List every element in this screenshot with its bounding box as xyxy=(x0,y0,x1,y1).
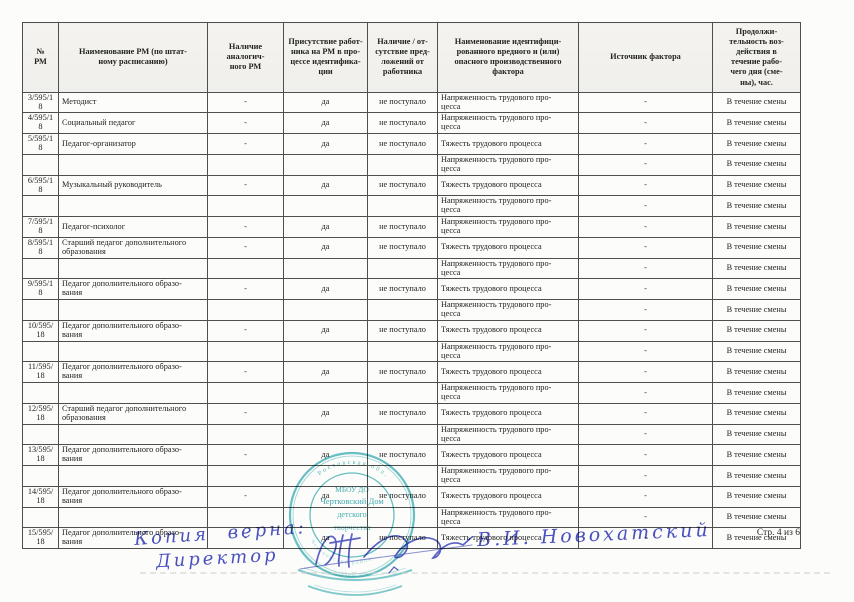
cell: не поступало xyxy=(368,362,438,383)
cell: - xyxy=(579,403,713,424)
cell: Старший педагог дополнительного образова… xyxy=(59,237,208,258)
cell: В течение смены xyxy=(713,196,801,217)
cell: В течение смены xyxy=(713,113,801,134)
cell xyxy=(208,154,284,175)
cell: Тяжесть трудового процесса xyxy=(438,445,579,466)
cell: - xyxy=(579,154,713,175)
cell: - xyxy=(579,134,713,155)
cell: Педагог дополнительного образо- вания xyxy=(59,362,208,383)
cell: В течение смены xyxy=(713,362,801,383)
cell: 11/595/ 18 xyxy=(23,362,59,383)
cell: 4/595/1 8 xyxy=(23,113,59,134)
cell: - xyxy=(579,237,713,258)
stamp-line-2: Чертковский Дом xyxy=(320,496,384,506)
cell: - xyxy=(579,362,713,383)
cell: - xyxy=(208,92,284,113)
cell: - xyxy=(208,134,284,155)
cell: - xyxy=(579,424,713,445)
cell: да xyxy=(284,279,368,300)
cell: Тяжесть трудового процесса xyxy=(438,403,579,424)
cell: да xyxy=(284,237,368,258)
cell: не поступало xyxy=(368,113,438,134)
cell: Тяжесть трудового процесса xyxy=(438,175,579,196)
header-row: № РМНаименование РМ (по штат- ному распи… xyxy=(23,23,801,93)
cell: - xyxy=(208,175,284,196)
cell xyxy=(368,300,438,321)
cell xyxy=(284,424,368,445)
cell: В течение смены xyxy=(713,383,801,404)
cell xyxy=(208,300,284,321)
cell: Напряженность трудового про- цесса xyxy=(438,92,579,113)
cell xyxy=(368,258,438,279)
cell: - xyxy=(579,279,713,300)
page-number: Стр. 4 из 6 xyxy=(757,528,800,538)
cell: - xyxy=(579,466,713,487)
cell xyxy=(208,341,284,362)
cell xyxy=(284,300,368,321)
scan-artifact-line xyxy=(140,572,830,574)
cell xyxy=(23,300,59,321)
cell: - xyxy=(579,175,713,196)
cell xyxy=(208,383,284,404)
svg-text:Ростовская обл.: Ростовская обл. xyxy=(316,459,390,479)
cell: - xyxy=(208,217,284,238)
table-row: Напряженность трудового про- цесса-В теч… xyxy=(23,300,801,321)
cell: Тяжесть трудового процесса xyxy=(438,320,579,341)
cell: Социальный педагог xyxy=(59,113,208,134)
table-row: 6/595/1 8Музыкальный руководитель-дане п… xyxy=(23,175,801,196)
cell: - xyxy=(579,383,713,404)
cell xyxy=(208,258,284,279)
cell: Напряженность трудового про- цесса xyxy=(438,300,579,321)
cell: 3/595/1 8 xyxy=(23,92,59,113)
stamp-line-3: детского xyxy=(337,510,366,519)
cell: - xyxy=(208,403,284,424)
table-row: Напряженность трудового про- цесса-В теч… xyxy=(23,424,801,445)
cell: не поступало xyxy=(368,237,438,258)
cell xyxy=(368,154,438,175)
cell: В течение смены xyxy=(713,403,801,424)
cell xyxy=(284,383,368,404)
cell xyxy=(368,341,438,362)
cell xyxy=(23,154,59,175)
cell: Педагог-психолог xyxy=(59,217,208,238)
cell xyxy=(368,383,438,404)
cell: Тяжесть трудового процесса xyxy=(438,134,579,155)
cell: В течение смены xyxy=(713,134,801,155)
stamp-line-1: МБОУ ДО xyxy=(335,485,369,494)
cell xyxy=(284,258,368,279)
table-row: Напряженность трудового про- цесса-В теч… xyxy=(23,341,801,362)
table-row: 9/595/1 8Педагог дополнительного образо-… xyxy=(23,279,801,300)
table-row: Напряженность трудового про- цесса-В теч… xyxy=(23,383,801,404)
stamp-ring-text: Ростовская обл. xyxy=(316,459,390,479)
cell: Напряженность трудового про- цесса xyxy=(438,424,579,445)
cell: - xyxy=(208,445,284,466)
cell: да xyxy=(284,175,368,196)
cell: - xyxy=(579,196,713,217)
cell xyxy=(59,383,208,404)
cell: В течение смены xyxy=(713,217,801,238)
table-row: 4/595/1 8Социальный педагог-дане поступа… xyxy=(23,113,801,134)
cell: Напряженность трудового про- цесса xyxy=(438,341,579,362)
cell: - xyxy=(579,217,713,238)
cell: 6/595/1 8 xyxy=(23,175,59,196)
column-header-5: Наименование идентифици- рованного вредн… xyxy=(438,23,579,93)
cell: В течение смены xyxy=(713,300,801,321)
cell xyxy=(23,258,59,279)
cell: да xyxy=(284,92,368,113)
cell: - xyxy=(579,486,713,507)
cell: - xyxy=(208,486,284,507)
partial-stamp-impression: творч. отд. xyxy=(290,560,420,602)
cell: В течение смены xyxy=(713,424,801,445)
cell xyxy=(284,341,368,362)
cell: Педагог дополнительного образо- вания xyxy=(59,279,208,300)
column-header-6: Источник фактора xyxy=(579,23,713,93)
cell: - xyxy=(208,113,284,134)
cell xyxy=(59,196,208,217)
table-row: 5/595/1 8Педагог-организатор-дане поступ… xyxy=(23,134,801,155)
cell: - xyxy=(208,279,284,300)
cell: В течение смены xyxy=(713,320,801,341)
table-header: № РМНаименование РМ (по штат- ному распи… xyxy=(23,23,801,93)
column-header-4: Наличие / от- сутствие пред- ложений от … xyxy=(368,23,438,93)
cell: да xyxy=(284,362,368,383)
cell: В течение смены xyxy=(713,258,801,279)
cell: не поступало xyxy=(368,320,438,341)
cell: Педагог дополнительного образо- вания xyxy=(59,445,208,466)
cell: - xyxy=(579,320,713,341)
cell xyxy=(59,424,208,445)
cell: да xyxy=(284,134,368,155)
cell: - xyxy=(579,258,713,279)
table-row: 3/595/1 8Методист-дане поступалоНапряжен… xyxy=(23,92,801,113)
cell xyxy=(284,196,368,217)
table-row: Напряженность трудового про- цесса-В теч… xyxy=(23,196,801,217)
cell: Тяжесть трудового процесса xyxy=(438,237,579,258)
cell: В течение смены xyxy=(713,154,801,175)
cell: - xyxy=(579,113,713,134)
cell: - xyxy=(579,300,713,321)
cell: 13/595/ 18 xyxy=(23,445,59,466)
cell: Напряженность трудового про- цесса xyxy=(438,113,579,134)
table-row: 12/595/ 18Старший педагог дополнительног… xyxy=(23,403,801,424)
cell: не поступало xyxy=(368,92,438,113)
cell: не поступало xyxy=(368,279,438,300)
cell xyxy=(59,154,208,175)
cell: 12/595/ 18 xyxy=(23,403,59,424)
cell: - xyxy=(579,445,713,466)
cell xyxy=(23,424,59,445)
cell xyxy=(368,424,438,445)
cell: Педагог-организатор xyxy=(59,134,208,155)
cell xyxy=(23,341,59,362)
cell: - xyxy=(208,237,284,258)
table-row: Напряженность трудового про- цесса-В теч… xyxy=(23,258,801,279)
cell: В течение смены xyxy=(713,237,801,258)
cell: В течение смены xyxy=(713,175,801,196)
cell xyxy=(59,258,208,279)
cell xyxy=(59,341,208,362)
column-header-1: Наименование РМ (по штат- ному расписани… xyxy=(59,23,208,93)
cell: 8/595/1 8 xyxy=(23,237,59,258)
cell: не поступало xyxy=(368,403,438,424)
cell xyxy=(59,300,208,321)
cell: Напряженность трудового про- цесса xyxy=(438,383,579,404)
cell: Напряженность трудового про- цесса xyxy=(438,258,579,279)
table-row: Напряженность трудового про- цесса-В теч… xyxy=(23,154,801,175)
cell xyxy=(23,196,59,217)
cell: 14/595/ 18 xyxy=(23,486,59,507)
column-header-3: Присутствие работ- ника на РМ в про- цес… xyxy=(284,23,368,93)
cell: В течение смены xyxy=(713,466,801,487)
cell: Тяжесть трудового процесса xyxy=(438,486,579,507)
cell xyxy=(23,507,59,528)
cell: Педагог дополнительного образо- вания xyxy=(59,320,208,341)
cell: Напряженность трудового про- цесса xyxy=(438,217,579,238)
cell: Старший педагог дополнительного образова… xyxy=(59,403,208,424)
cell: не поступало xyxy=(368,175,438,196)
table-row: 7/595/1 8Педагог-психолог-дане поступало… xyxy=(23,217,801,238)
cell: да xyxy=(284,217,368,238)
cell: не поступало xyxy=(368,217,438,238)
cell xyxy=(23,466,59,487)
cell: Тяжесть трудового процесса xyxy=(438,362,579,383)
cell xyxy=(208,196,284,217)
column-header-7: Продолжи- тельность воз- действия в тече… xyxy=(713,23,801,93)
cell: да xyxy=(284,113,368,134)
cell: да xyxy=(284,320,368,341)
cell xyxy=(208,424,284,445)
cell xyxy=(59,466,208,487)
cell: - xyxy=(208,320,284,341)
cell xyxy=(208,466,284,487)
cell: Методист xyxy=(59,92,208,113)
cell: 9/595/1 8 xyxy=(23,279,59,300)
cell: 5/595/1 8 xyxy=(23,134,59,155)
cell: В течение смены xyxy=(713,341,801,362)
table-row: 8/595/1 8Старший педагог дополнительного… xyxy=(23,237,801,258)
cell: Музыкальный руководитель xyxy=(59,175,208,196)
stamp-line-4: творчества xyxy=(333,523,371,532)
cell: В течение смены xyxy=(713,486,801,507)
cell: 15/595/ 18 xyxy=(23,528,59,549)
scanned-document-page: № РМНаименование РМ (по штат- ному распи… xyxy=(0,0,854,602)
table-row: 11/595/ 18Педагог дополнительного образо… xyxy=(23,362,801,383)
cell xyxy=(368,196,438,217)
cell: Педагог дополнительного образо- вания xyxy=(59,486,208,507)
cell: В течение смены xyxy=(713,507,801,528)
cell xyxy=(284,154,368,175)
cell: Напряженность трудового про- цесса xyxy=(438,154,579,175)
cell: В течение смены xyxy=(713,445,801,466)
cell: 7/595/1 8 xyxy=(23,217,59,238)
cell: В течение смены xyxy=(713,92,801,113)
cell: - xyxy=(579,341,713,362)
cell: - xyxy=(579,92,713,113)
cell: 10/595/ 18 xyxy=(23,320,59,341)
cell: Напряженность трудового про- цесса xyxy=(438,196,579,217)
cell: В течение смены xyxy=(713,279,801,300)
cell: Напряженность трудового про- цесса xyxy=(438,466,579,487)
cell: Тяжесть трудового процесса xyxy=(438,279,579,300)
cell xyxy=(23,383,59,404)
cell: не поступало xyxy=(368,134,438,155)
cell: - xyxy=(208,362,284,383)
cell: да xyxy=(284,403,368,424)
table-row: 10/595/ 18Педагог дополнительного образо… xyxy=(23,320,801,341)
column-header-0: № РМ xyxy=(23,23,59,93)
column-header-2: Наличие аналогич- ного РМ xyxy=(208,23,284,93)
